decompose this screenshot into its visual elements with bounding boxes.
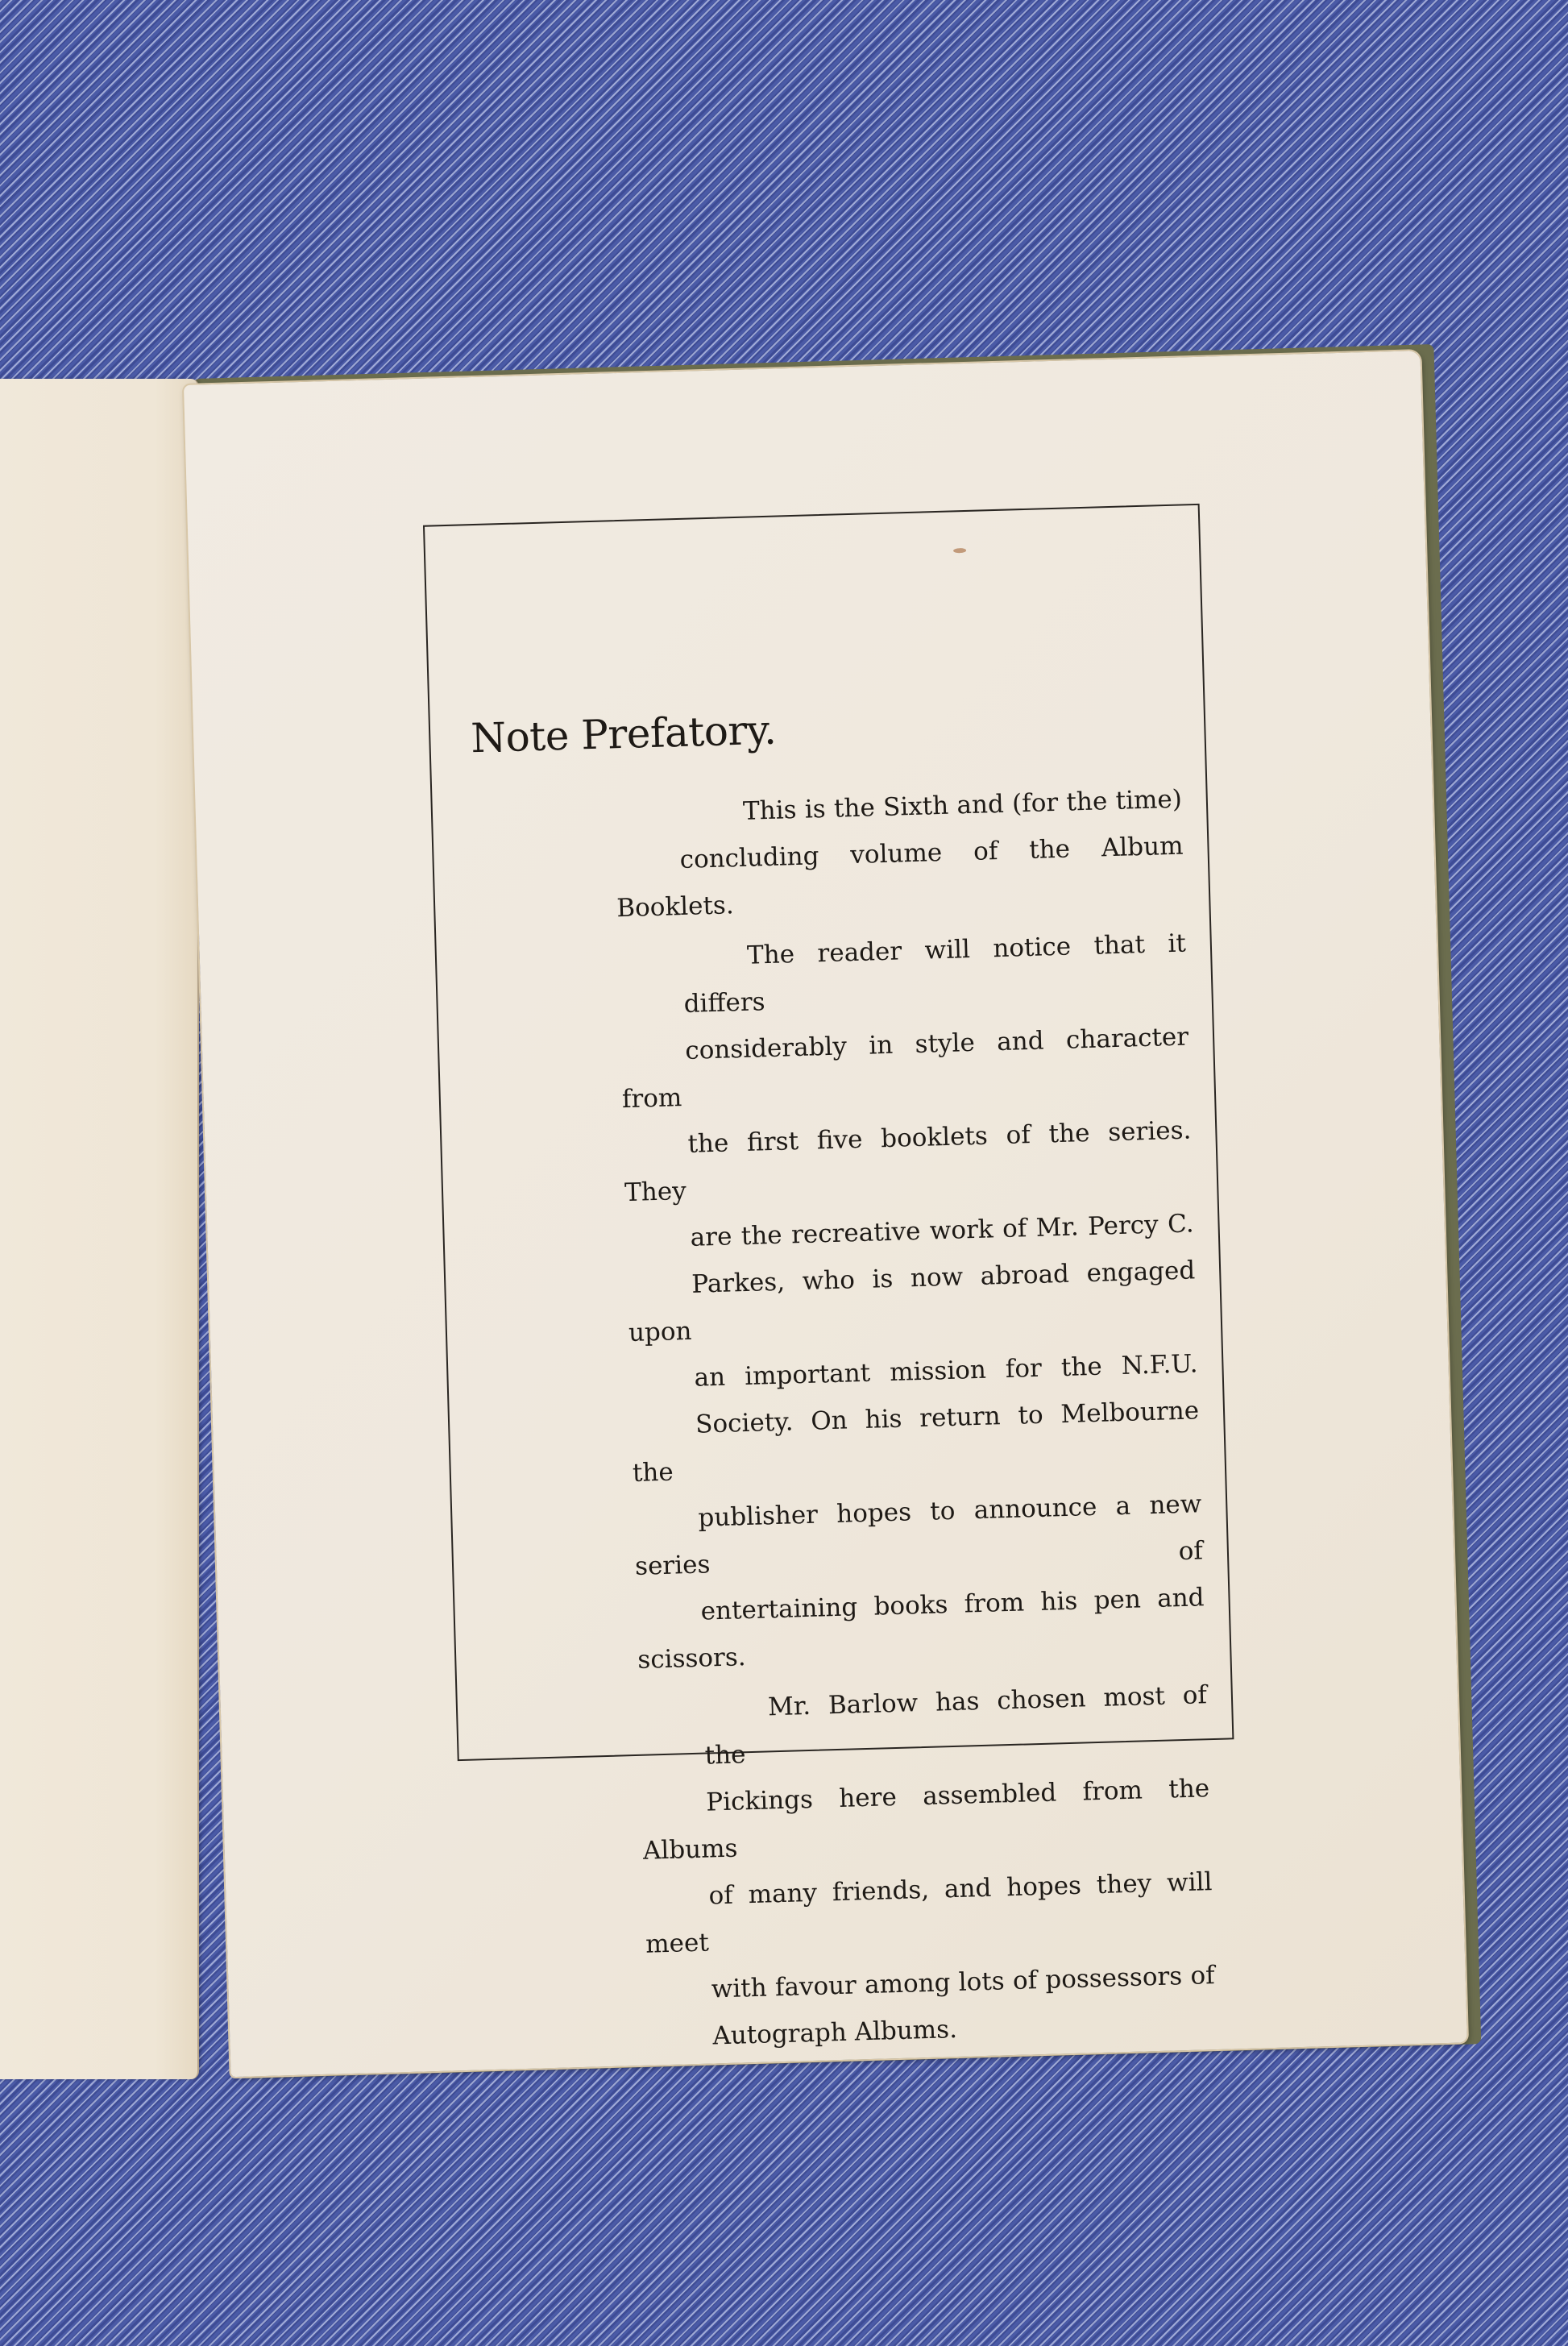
text-line: considerably in style and character from (620, 1014, 1191, 1123)
text-line: concluding volume of the Album Booklets. (615, 823, 1185, 932)
text-line: entertaining books from his pen and scis… (636, 1574, 1206, 1684)
text-line: Parkes, who is now abroad engaged upon (627, 1247, 1197, 1356)
text-line: The reader will notice that it differs (617, 920, 1188, 1030)
text-line: the first five booklets of the series. T… (623, 1107, 1193, 1216)
right-page: Note Prefatory. This is the Sixth and (f… (184, 351, 1467, 2077)
text-line: Mr. Barlow has chosen most of the (638, 1671, 1209, 1781)
text-line: Pickings here assembled from the Albums (641, 1765, 1212, 1875)
text-line: publisher hopes to announce a new series… (633, 1480, 1204, 1590)
paragraph-1: This is the Sixth and (for the time) con… (613, 776, 1185, 932)
text-line: Society. On his return to Melbourne the (630, 1387, 1201, 1497)
paragraph-3: Mr. Barlow has chosen most of the Pickin… (638, 1671, 1217, 2062)
page-title: Note Prefatory. (471, 707, 777, 762)
prefatory-text: This is the Sixth and (for the time) con… (613, 776, 1217, 2066)
text-line: of many friends, and hopes they will mee… (644, 1858, 1214, 1968)
paper-stain (953, 548, 966, 553)
paragraph-2: The reader will notice that it differs c… (617, 920, 1206, 1684)
left-page (0, 379, 199, 2079)
page-border-frame: Note Prefatory. This is the Sixth and (f… (423, 504, 1234, 1761)
photo-scene: Note Prefatory. This is the Sixth and (f… (0, 0, 1568, 2346)
